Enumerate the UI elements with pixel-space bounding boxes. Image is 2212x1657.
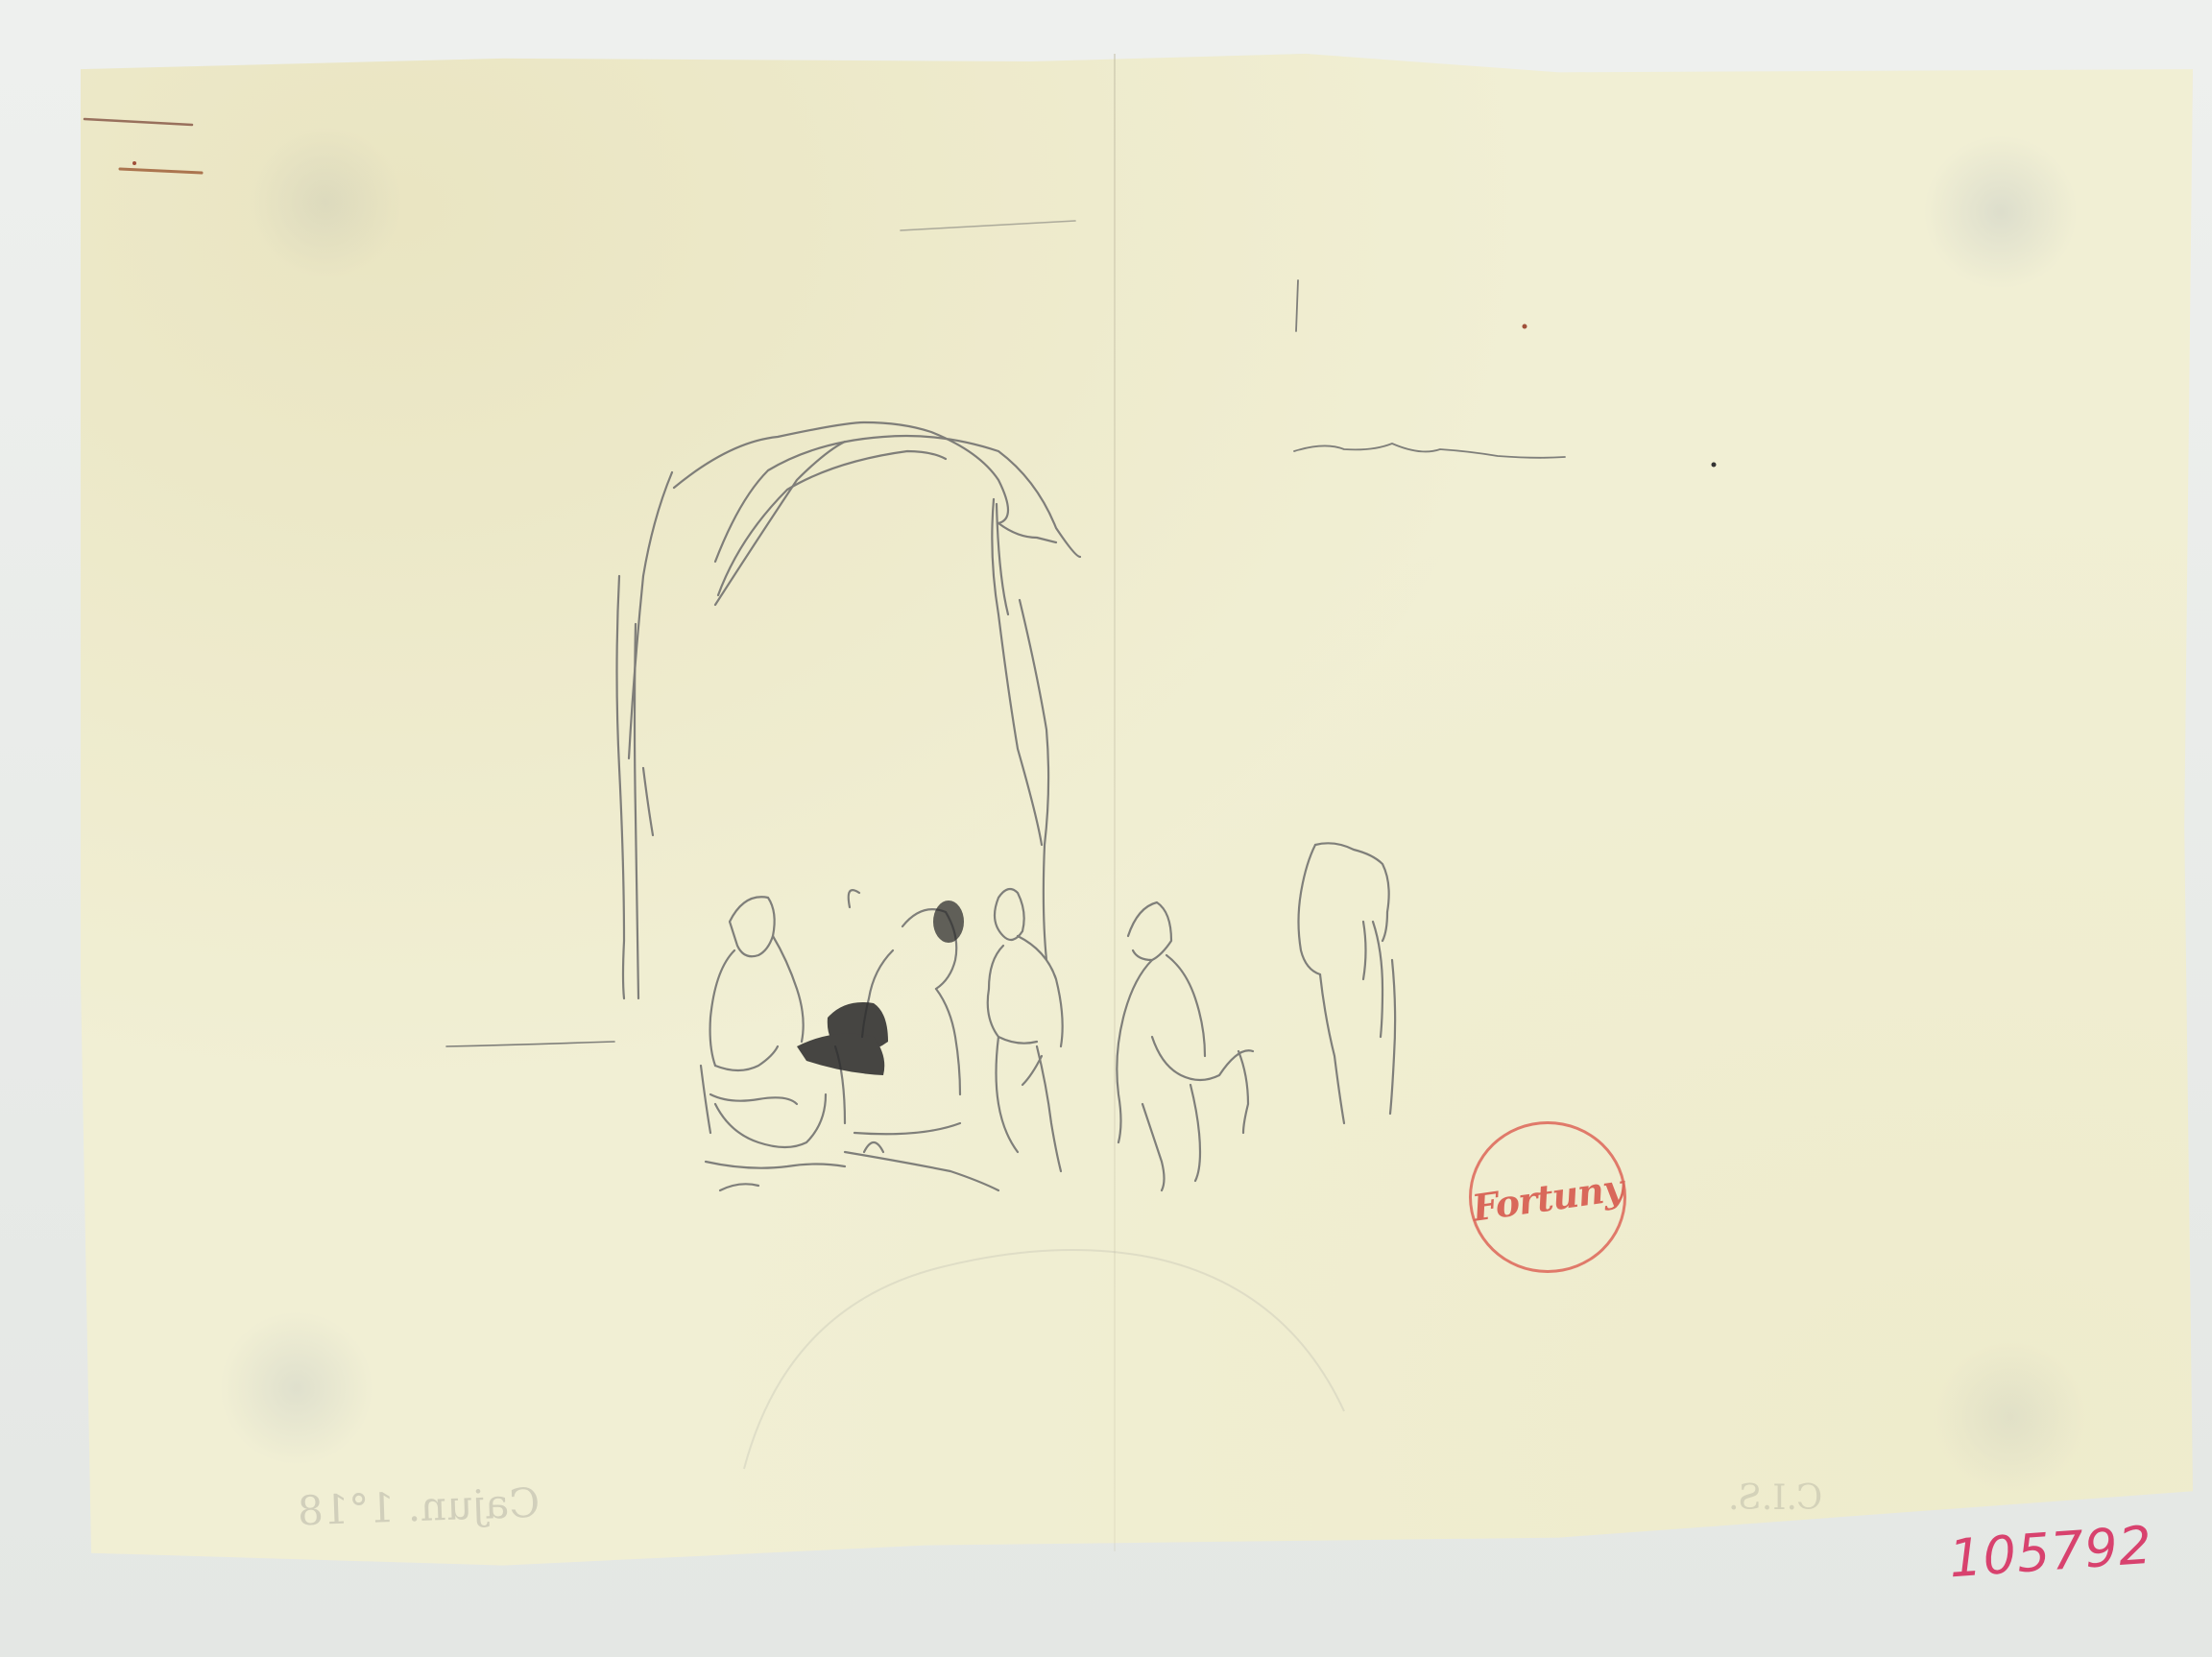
pencil-sketch: [0, 0, 2212, 1657]
sketch-line: [901, 221, 1075, 230]
stamp-text: Fortuny: [1470, 1165, 1626, 1230]
faint-arc: [744, 1250, 1344, 1469]
faint-inscription-left: Cajun. 1°18: [297, 1479, 541, 1535]
edge-mark: [84, 119, 192, 125]
arch: [617, 422, 1081, 998]
edge-mark: [120, 169, 202, 173]
faint-inscription-right: C.I.S.: [1728, 1478, 1822, 1518]
seated-figure-3: [988, 889, 1063, 1171]
paper-specks: [132, 161, 1717, 468]
sketch-line: [1294, 444, 1565, 458]
collector-stamp: Fortuny: [1469, 1121, 1626, 1273]
ground-line: [446, 1042, 614, 1046]
sketch-line: [1296, 280, 1298, 331]
standing-figure: [1299, 843, 1396, 1123]
seated-figure-4: [1117, 902, 1253, 1190]
